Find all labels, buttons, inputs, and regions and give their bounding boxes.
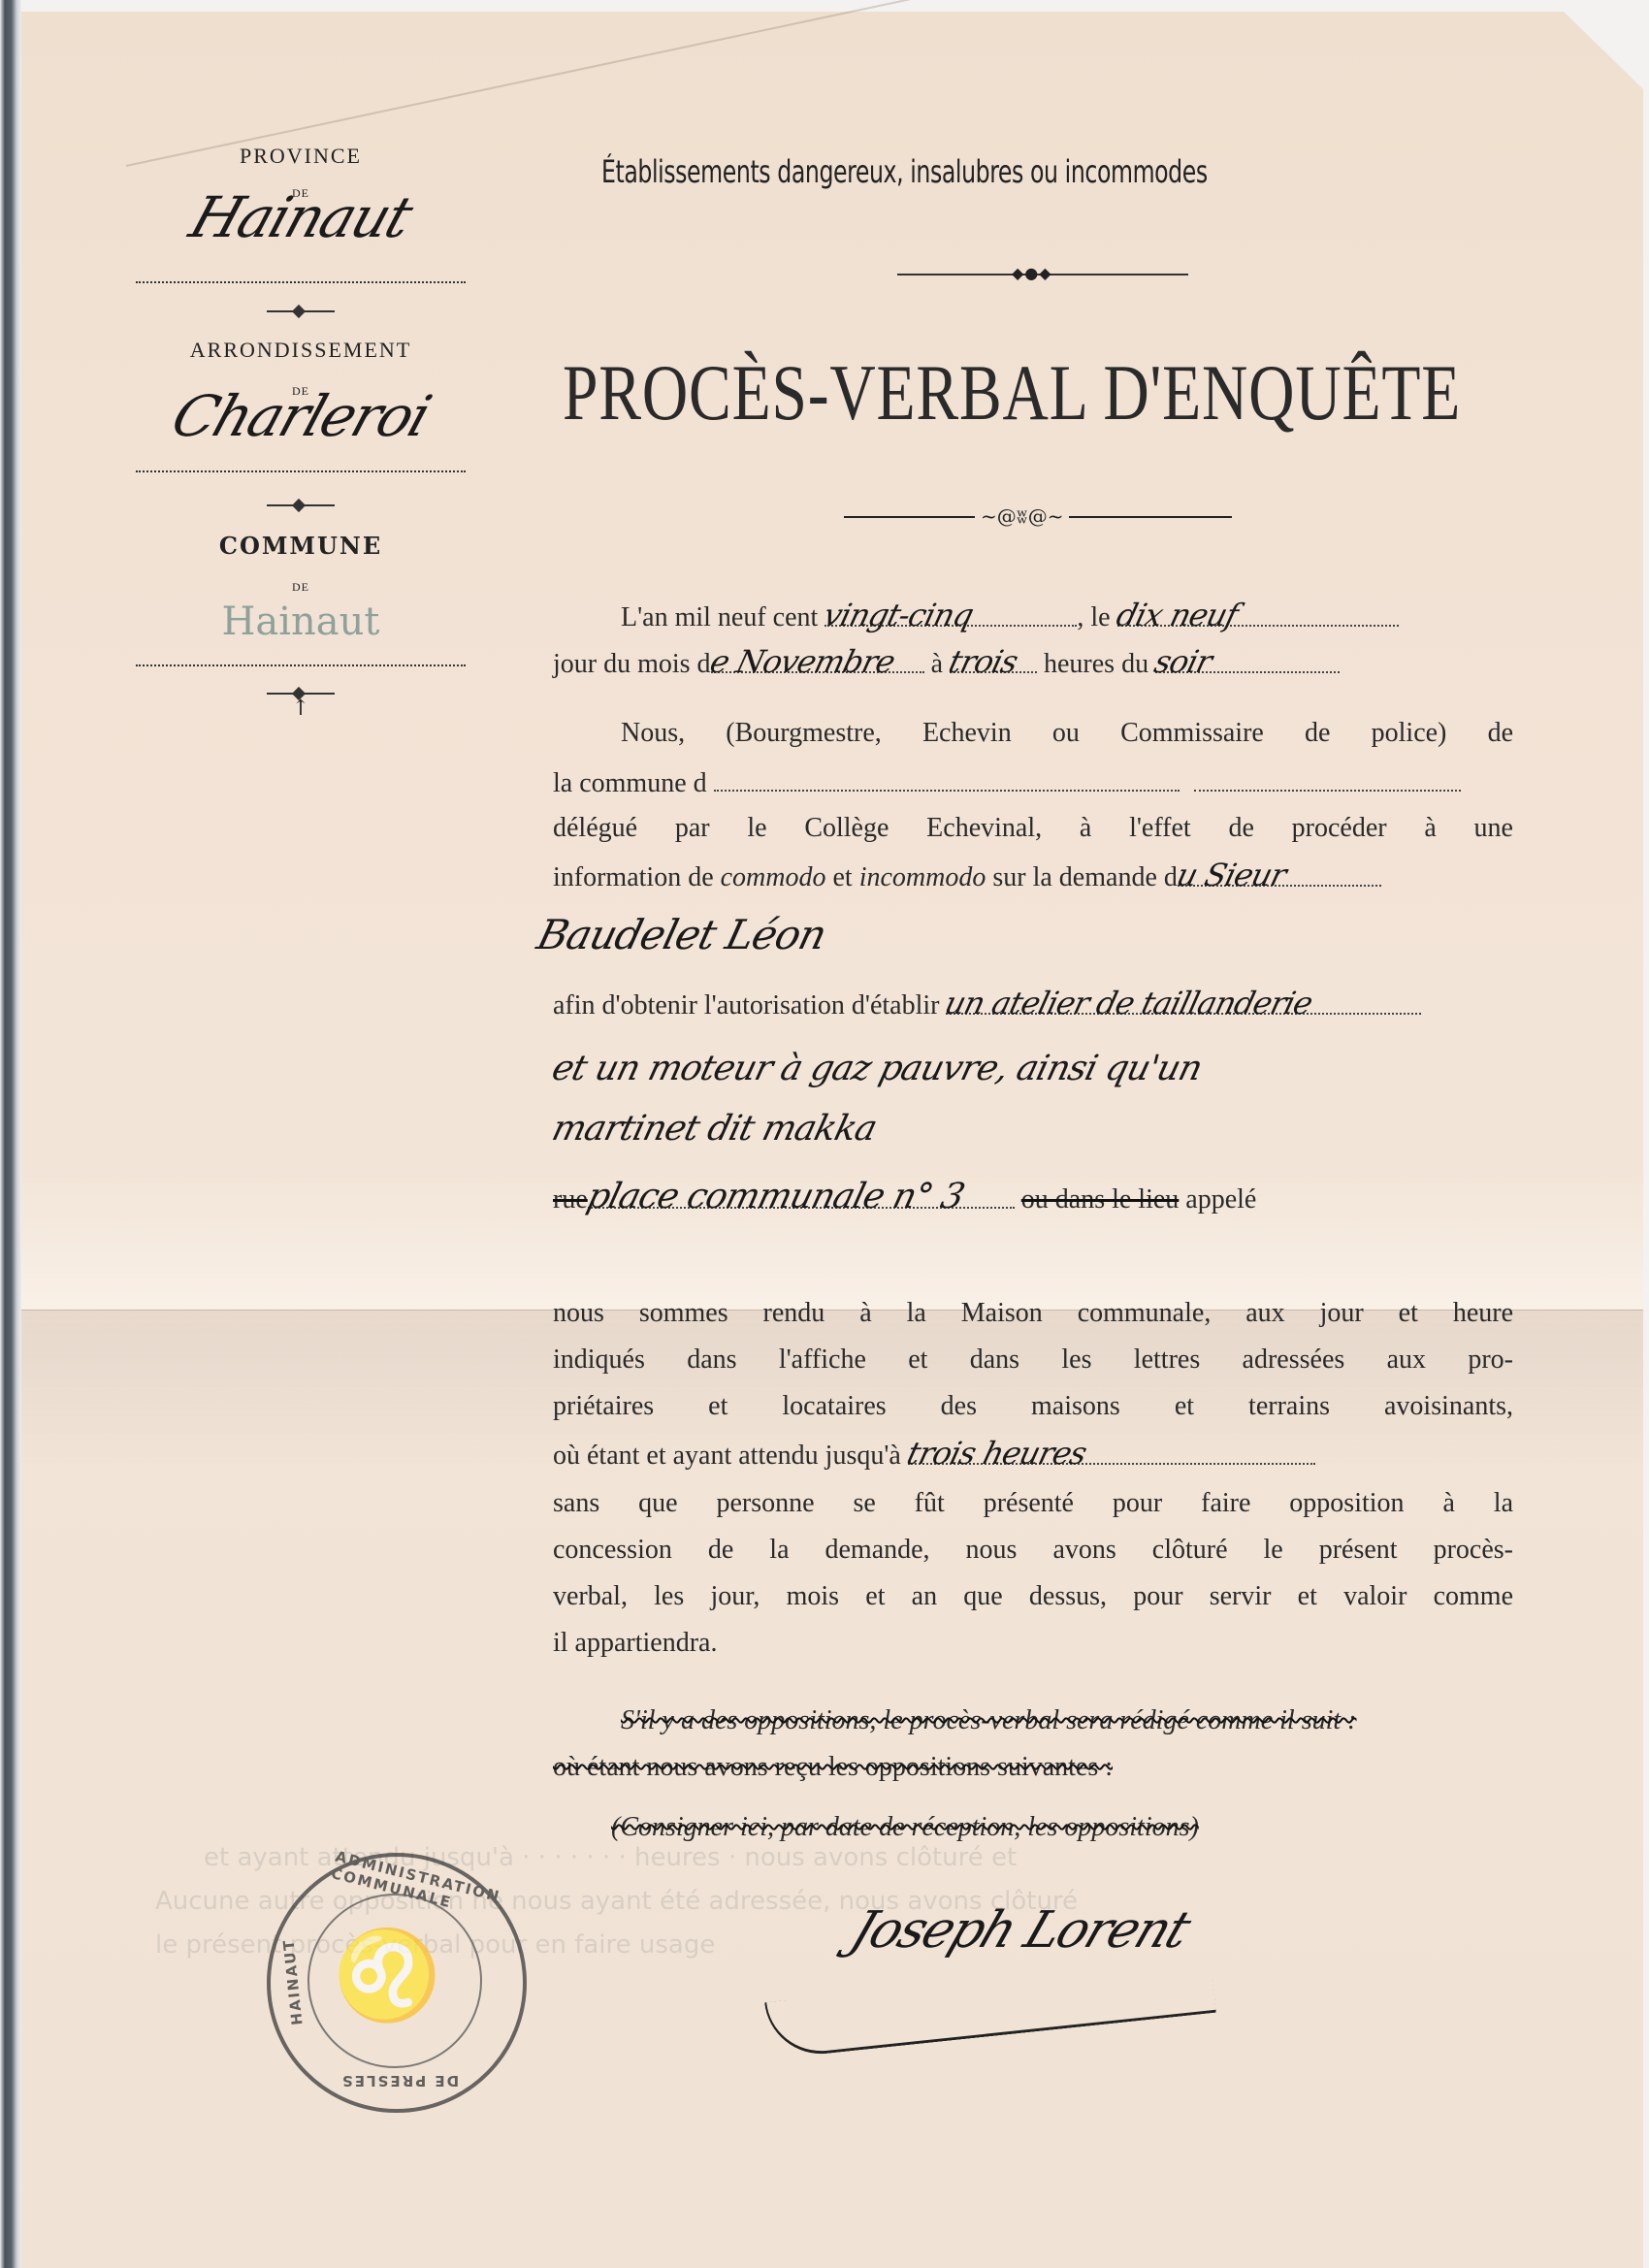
date-line-1: L'an mil neuf cent vingt-cinq, le dix ne… <box>621 592 1581 641</box>
purpose-line-2: et un moteur à gaz pauvre, ainsi qu'un <box>553 1046 1513 1095</box>
lion-emblem-icon: ♌ <box>333 1925 441 2026</box>
paragraph-line: indiqués dans l'affiche et dans les lett… <box>553 1337 1513 1383</box>
year-prefix: L'an mil neuf cent <box>621 602 818 632</box>
paragraph-line: verbal, les jour, mois et an que dessus,… <box>553 1573 1513 1620</box>
purpose-field[interactable]: un atelier de taillanderie <box>946 980 1421 1015</box>
paragraph-line: concession de la demande, nous avons clô… <box>553 1527 1513 1573</box>
date-line-2: jour du mois de Novembre à trois heures … <box>553 638 1513 688</box>
paragraph-line: priétaires et locataires des maisons et … <box>553 1383 1513 1430</box>
commune-value-stamp: Hainaut <box>136 599 466 644</box>
month-prefix: jour du mois d <box>553 649 711 679</box>
paragraph-line: nous sommes rendu à la Maison communale,… <box>553 1290 1513 1337</box>
struck-instruction-1: S'il y a des oppositions, le procès-verb… <box>621 1698 1581 1744</box>
at-label: à <box>931 649 943 679</box>
struck-instruction-3: (Consigner ici, par date de réception, l… <box>611 1804 1571 1851</box>
period-field[interactable]: soir <box>1155 638 1340 673</box>
scanner-edge <box>0 0 21 2268</box>
header-ornament <box>897 274 1188 275</box>
province-value: Hainaut <box>145 184 457 250</box>
day-value: dix neuf <box>1112 592 1243 638</box>
province-label: PROVINCE <box>136 144 466 169</box>
purpose-value-3[interactable]: martinet dit makka <box>547 1106 881 1152</box>
paragraph-line: il appartiendra. <box>553 1620 1513 1667</box>
applicant-name[interactable]: Baudelet Léon <box>533 912 830 958</box>
address-value: place communale n° 3 <box>582 1174 969 1220</box>
commodo-term: commodo <box>721 862 826 892</box>
day-field[interactable]: dix neuf <box>1117 592 1399 627</box>
paragraph-line: sans que personne se fût présenté pour f… <box>553 1480 1513 1527</box>
purpose-value: un atelier de taillanderie <box>940 980 1317 1026</box>
hours-label: heures <box>1044 649 1115 679</box>
commune-field-2[interactable] <box>1194 757 1461 792</box>
signature: Joseph Lorent <box>843 1901 1197 1960</box>
commune-label: COMMUNE <box>136 532 466 560</box>
document-title: PROCÈS-VERBAL D'ENQUÊTE <box>563 347 1461 438</box>
month-value: e Novembre <box>705 638 899 685</box>
arrow-up-icon: ↑ <box>136 697 466 721</box>
arrondissement-label: ARRONDISSEMENT <box>136 338 466 363</box>
applicant-name-line: Baudelet Léon <box>538 912 1499 964</box>
seal-left-text: HAINAUT <box>279 1937 306 2025</box>
delegue-line: délégué par le Collège Echevinal, à l'ef… <box>553 805 1513 852</box>
purpose-line-1: afin d'obtenir l'autorisation d'établir … <box>553 980 1513 1029</box>
address-field[interactable]: place communale n° 3 <box>588 1174 1015 1209</box>
waited-until-line: où étant et ayant attendu jusqu'à trois … <box>553 1430 1513 1479</box>
day-separator: , le <box>1077 602 1110 632</box>
municipal-seal-stamp: ♌ ADMINISTRATION COMMUNALE DE PRESLES HA… <box>267 1853 527 2113</box>
separator-ornament <box>267 310 335 312</box>
arrondissement-dotted-line <box>136 470 466 472</box>
commune-prefix: la commune d <box>553 768 707 798</box>
rue-struck-label: rue <box>553 1184 588 1215</box>
nous-line: Nous, (Bourgmestre, Echevin ou Commissai… <box>553 710 1513 757</box>
year-field[interactable]: vingt-cinq <box>824 592 1077 627</box>
commune-line: la commune d <box>553 757 1513 807</box>
waited-until-value: trois heures <box>902 1430 1091 1476</box>
year-value: vingt-cinq <box>819 592 978 638</box>
struck-instruction-2: où étant nous avons reçu les oppositions… <box>553 1744 1513 1791</box>
separator-ornament <box>267 504 335 506</box>
purpose-value-2[interactable]: et un moteur à gaz pauvre, ainsi qu'un <box>547 1046 1207 1092</box>
waited-until-field[interactable]: trois heures <box>908 1430 1315 1465</box>
title-ornament <box>844 516 1232 518</box>
commune-field[interactable] <box>714 757 1180 792</box>
separator-ornament <box>267 693 335 695</box>
month-field[interactable]: e Novembre <box>711 638 924 673</box>
hour-value: trois <box>944 638 1022 685</box>
document-subheading: Établissements dangereux, insalubres ou … <box>601 153 1302 190</box>
incommodo-term: incommodo <box>859 862 986 892</box>
period-value: soir <box>1149 638 1216 685</box>
applicant-title-value: u Sieur <box>1172 852 1291 898</box>
seal-bottom-text: DE PRESLES <box>340 2072 459 2090</box>
address-line: rueplace communale n° 3 ou dans le lieu … <box>553 1174 1513 1223</box>
commune-de-label: DE <box>136 580 466 595</box>
appele-label: appelé <box>1185 1184 1256 1215</box>
du-label: du <box>1121 649 1148 679</box>
arrondissement-value: Charleroi <box>145 383 457 449</box>
purpose-line-3: martinet dit makka <box>553 1106 1513 1155</box>
applicant-title-field[interactable]: u Sieur <box>1178 852 1381 887</box>
commune-dotted-line <box>136 664 466 666</box>
province-dotted-line <box>136 281 466 283</box>
hour-field[interactable]: trois <box>950 638 1037 673</box>
lieu-struck-text: ou dans le lieu <box>1021 1184 1180 1215</box>
information-line: information de commodo et incommodo sur … <box>553 852 1513 901</box>
